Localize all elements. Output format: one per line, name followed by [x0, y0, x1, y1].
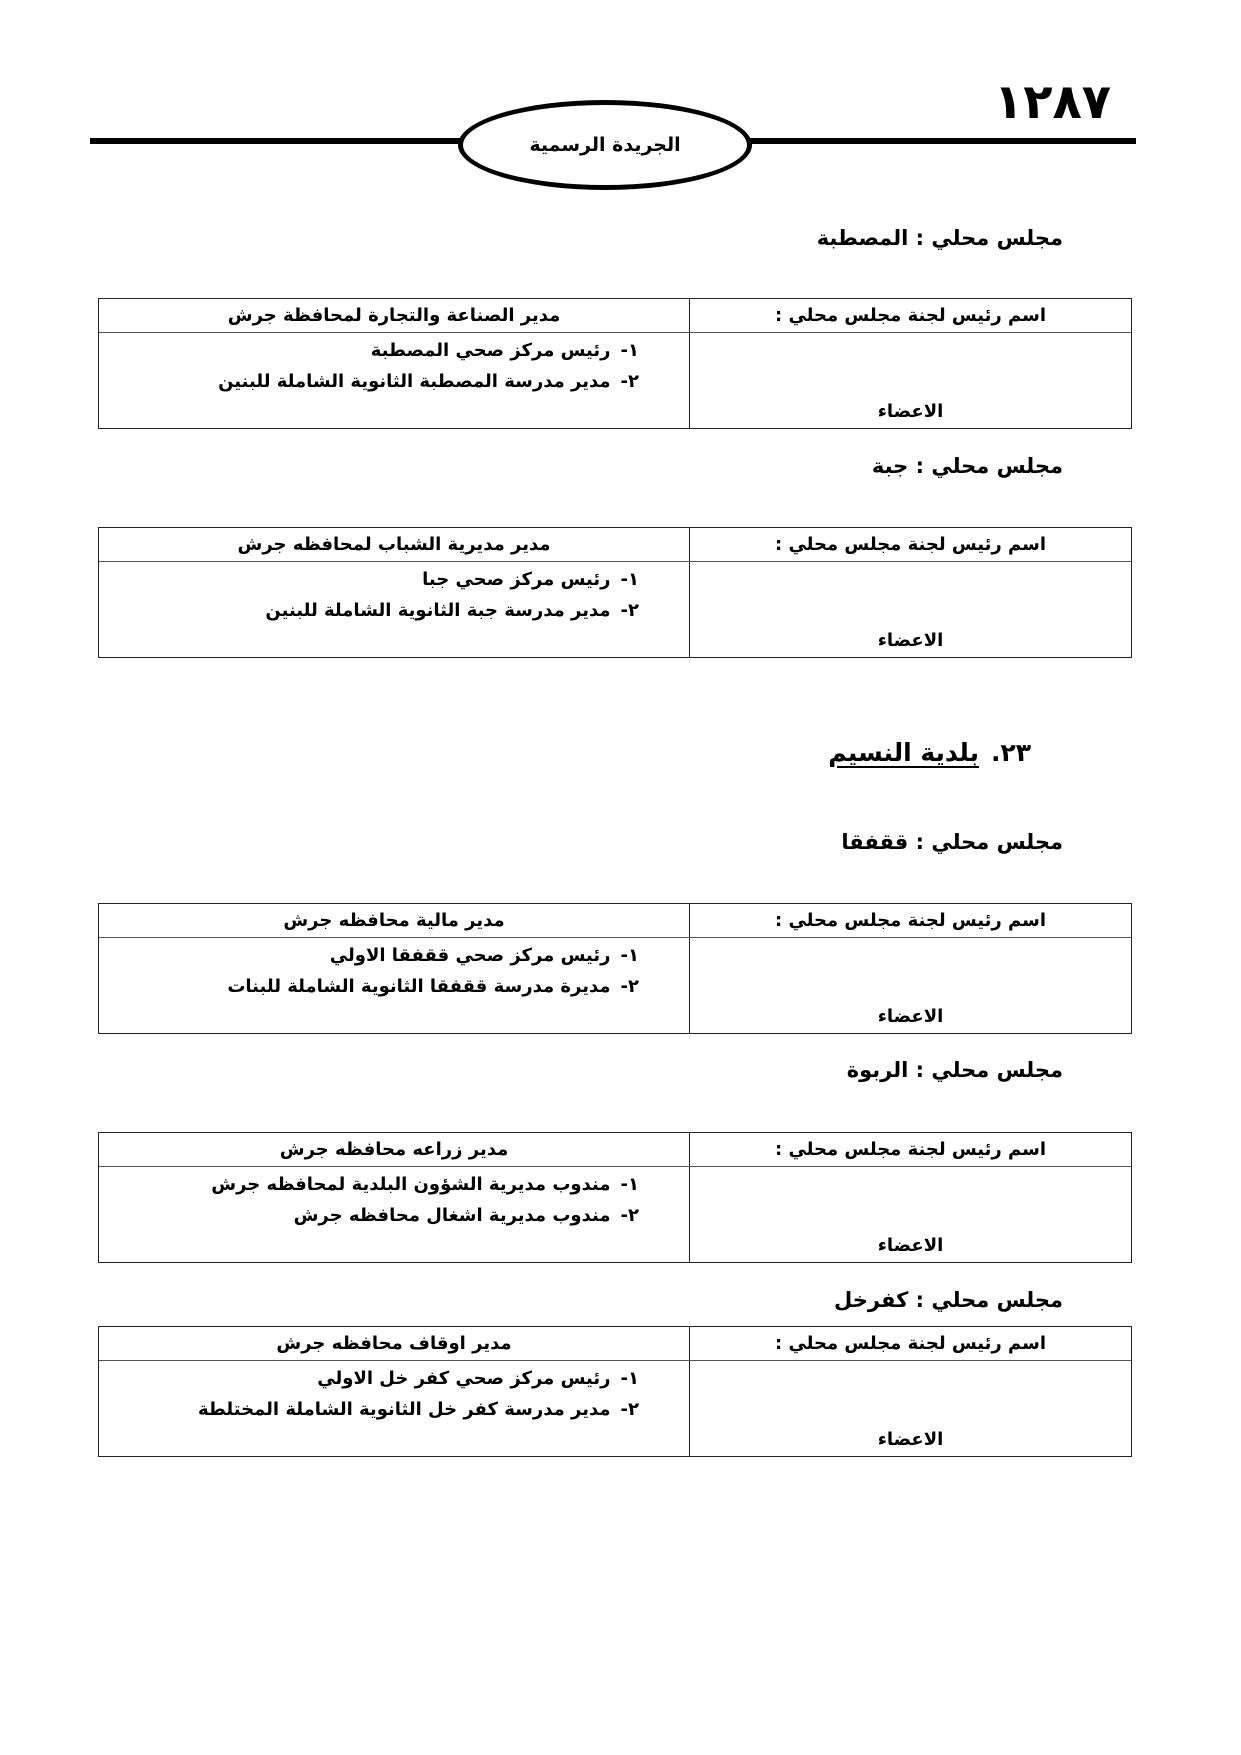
member-text: مندوب مديرية الشؤون البلدية لمحافظه جرش — [211, 1174, 610, 1195]
member-text: مدير مدرسة كفر خل الثانوية الشاملة المخت… — [198, 1399, 611, 1420]
chair-value: مدير اوقاف محافظه جرش — [99, 1327, 689, 1360]
chair-label: اسم رئيس لجنة مجلس محلي : — [689, 904, 1131, 937]
member-item: ٢-مديرة مدرسة ققفقا الثانوية الشاملة للب… — [99, 971, 639, 1002]
members-label: الاعضاء — [689, 333, 1131, 428]
member-item: ٢-مدير مدرسة المصطبة الثانوية الشاملة لل… — [99, 366, 639, 397]
chair-row: اسم رئيس لجنة مجلس محلي : مدير زراعه محا… — [99, 1133, 1131, 1167]
council-table: اسم رئيس لجنة مجلس محلي : مدير مديرية ال… — [98, 527, 1132, 658]
member-text: رئيس مركز صحي المصطبة — [371, 340, 611, 361]
chair-label: اسم رئيس لجنة مجلس محلي : — [689, 528, 1131, 561]
member-text: مدير مدرسة جبة الثانوية الشاملة للبنين — [265, 600, 610, 621]
council-table: اسم رئيس لجنة مجلس محلي : مدير اوقاف محا… — [98, 1326, 1132, 1457]
member-item: ١-رئيس مركز صحي ققفقا الاولي — [99, 940, 639, 971]
member-item: ٢-مدير مدرسة جبة الثانوية الشاملة للبنين — [99, 595, 639, 626]
members-list: ١-رئيس مركز صحي كفر خل الاولي ٢-مدير مدر… — [99, 1361, 689, 1456]
members-list: ١-رئيس مركز صحي جبا ٢-مدير مدرسة جبة الث… — [99, 562, 689, 657]
member-item: ١-رئيس مركز صحي جبا — [99, 564, 639, 595]
section-heading: ٢٣.بلدية النسيم — [828, 738, 1031, 767]
members-list: ١-رئيس مركز صحي المصطبة ٢-مدير مدرسة الم… — [99, 333, 689, 428]
member-item: ١-مندوب مديرية الشؤون البلدية لمحافظه جر… — [99, 1169, 639, 1200]
chair-value: مدير مديرية الشباب لمحافظه جرش — [99, 528, 689, 561]
members-label: الاعضاء — [689, 938, 1131, 1033]
council-table: اسم رئيس لجنة مجلس محلي : مدير زراعه محا… — [98, 1132, 1132, 1263]
members-row: الاعضاء ١-رئيس مركز صحي ققفقا الاولي ٢-م… — [99, 938, 1131, 1033]
chair-label: اسم رئيس لجنة مجلس محلي : — [689, 1327, 1131, 1360]
chair-row: اسم رئيس لجنة مجلس محلي : مدير مديرية ال… — [99, 528, 1131, 562]
council-heading: مجلس محلي : ققفقا — [841, 830, 1063, 854]
member-text: مديرة مدرسة ققفقا الثانوية الشاملة للبنا… — [227, 976, 610, 997]
member-item: ٢-مندوب مديرية اشغال محافظه جرش — [99, 1200, 639, 1231]
member-index: ٢- — [621, 600, 639, 621]
member-item: ٢-مدير مدرسة كفر خل الثانوية الشاملة الم… — [99, 1394, 639, 1425]
member-text: رئيس مركز صحي كفر خل الاولي — [317, 1368, 610, 1389]
member-index: ٢- — [621, 976, 639, 997]
chair-row: اسم رئيس لجنة مجلس محلي : مدير اوقاف محا… — [99, 1327, 1131, 1361]
page-number: ١٢٨٧ — [990, 76, 1115, 128]
members-list: ١-رئيس مركز صحي ققفقا الاولي ٢-مديرة مدر… — [99, 938, 689, 1033]
chair-row: اسم رئيس لجنة مجلس محلي : مدير مالية محا… — [99, 904, 1131, 938]
council-heading: مجلس محلي : المصطبة — [817, 226, 1063, 250]
member-item: ١-رئيس مركز صحي كفر خل الاولي — [99, 1363, 639, 1394]
chair-row: اسم رئيس لجنة مجلس محلي : مدير الصناعة و… — [99, 299, 1131, 333]
chair-value: مدير مالية محافظه جرش — [99, 904, 689, 937]
members-row: الاعضاء ١-رئيس مركز صحي كفر خل الاولي ٢-… — [99, 1361, 1131, 1456]
member-index: ١- — [621, 1368, 639, 1389]
member-index: ٢- — [621, 371, 639, 392]
section-name: بلدية النسيم — [828, 738, 979, 767]
council-table: اسم رئيس لجنة مجلس محلي : مدير الصناعة و… — [98, 298, 1132, 429]
members-label: الاعضاء — [689, 562, 1131, 657]
members-list: ١-مندوب مديرية الشؤون البلدية لمحافظه جر… — [99, 1167, 689, 1262]
publication-title: الجريدة الرسمية — [529, 134, 680, 156]
member-index: ١- — [621, 1174, 639, 1195]
members-label: الاعضاء — [689, 1167, 1131, 1262]
members-row: الاعضاء ١-رئيس مركز صحي جبا ٢-مدير مدرسة… — [99, 562, 1131, 657]
council-heading: مجلس محلي : كفرخل — [834, 1288, 1063, 1312]
chair-value: مدير الصناعة والتجارة لمحافظة جرش — [99, 299, 689, 332]
member-index: ٢- — [621, 1205, 639, 1226]
member-index: ١- — [621, 569, 639, 590]
member-text: رئيس مركز صحي ققفقا الاولي — [330, 945, 611, 966]
masthead-rule-left — [90, 138, 462, 144]
section-number: ٢٣. — [991, 738, 1031, 767]
masthead-rule-right — [748, 138, 1136, 144]
chair-value: مدير زراعه محافظه جرش — [99, 1133, 689, 1166]
members-label: الاعضاء — [689, 1361, 1131, 1456]
member-item: ١-رئيس مركز صحي المصطبة — [99, 335, 639, 366]
council-table: اسم رئيس لجنة مجلس محلي : مدير مالية محا… — [98, 903, 1132, 1034]
chair-label: اسم رئيس لجنة مجلس محلي : — [689, 1133, 1131, 1166]
chair-label: اسم رئيس لجنة مجلس محلي : — [689, 299, 1131, 332]
member-index: ٢- — [621, 1399, 639, 1420]
member-text: مندوب مديرية اشغال محافظه جرش — [294, 1205, 611, 1226]
members-row: الاعضاء ١-مندوب مديرية الشؤون البلدية لم… — [99, 1167, 1131, 1262]
member-index: ١- — [621, 340, 639, 361]
member-text: رئيس مركز صحي جبا — [422, 569, 610, 590]
masthead-oval: الجريدة الرسمية — [458, 100, 752, 190]
member-index: ١- — [621, 945, 639, 966]
council-heading: مجلس محلي : الربوة — [847, 1058, 1063, 1082]
members-row: الاعضاء ١-رئيس مركز صحي المصطبة ٢-مدير م… — [99, 333, 1131, 428]
council-heading: مجلس محلي : جبة — [872, 454, 1063, 478]
member-text: مدير مدرسة المصطبة الثانوية الشاملة للبن… — [218, 371, 610, 392]
